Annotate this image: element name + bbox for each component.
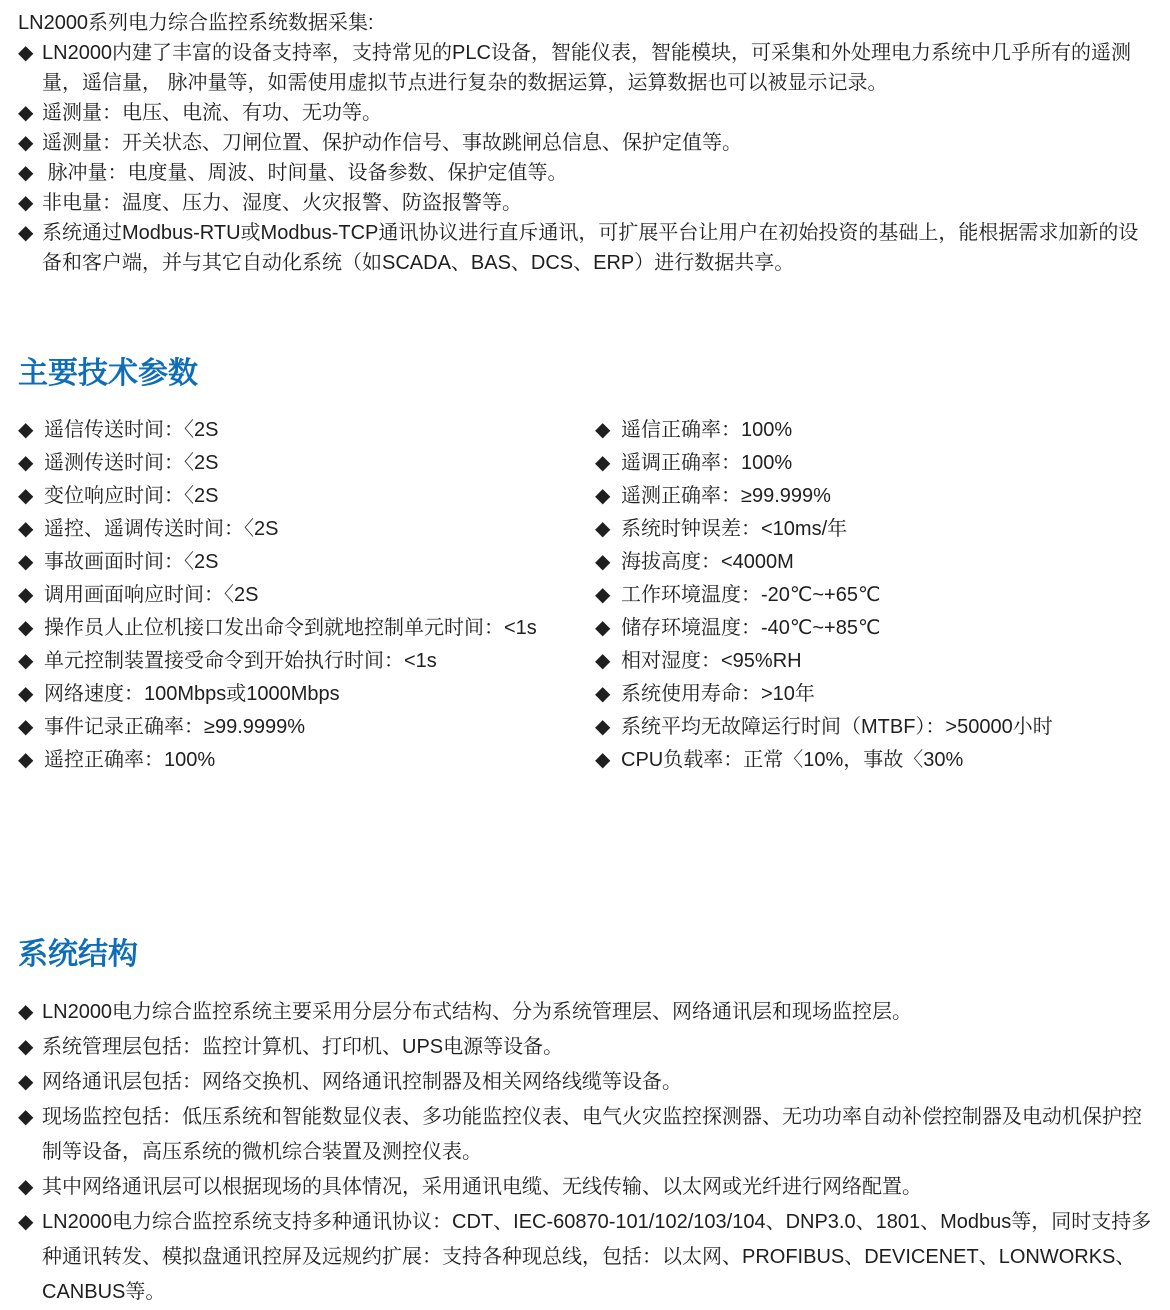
diamond-bullet-icon: ◆ [595,744,621,777]
param-item: ◆遥测正确率：≥99.999% [595,480,1156,513]
bullet-text: 现场监控包括：低压系统和智能数显仪表、多功能监控仪表、电气火灾监控探测器、无功功… [42,1100,1156,1170]
diamond-bullet-icon: ◆ [595,480,621,513]
tech-params-grid: ◆遥信传送时间：〈2S ◆遥测传送时间：〈2S ◆变位响应时间：〈2S ◆遥控、… [18,414,1156,777]
param-item: ◆系统平均无故障运行时间（MTBF）：>50000小时 [595,711,1156,744]
param-item: ◆网络速度：100Mbps或1000Mbps [18,678,595,711]
structure-bullet-network-config: ◆ 其中网络通讯层可以根据现场的具体情况，采用通讯电缆、无线传输、以太网或光纤进… [18,1170,1156,1205]
param-item: ◆遥信传送时间：〈2S [18,414,595,447]
system-structure-section: ◆ LN2000电力综合监控系统主要采用分层分布式结构、分为系统管理层、网络通讯… [18,995,1156,1310]
param-item: ◆遥信正确率：100% [595,414,1156,447]
diamond-bullet-icon: ◆ [595,678,621,711]
diamond-bullet-icon: ◆ [18,1100,42,1135]
param-item: ◆事故画面时间：〈2S [18,546,595,579]
data-acquisition-section: LN2000系列电力综合监控系统数据采集: ◆ LN2000内建了丰富的设备支持… [18,8,1156,278]
structure-bullet-protocols: ◆ LN2000电力综合监控系统支持多种通讯协议：CDT、IEC-60870-1… [18,1205,1156,1310]
bullet-text: 遥测量：电压、电流、有功、无功等。 [42,98,1156,128]
param-item: ◆系统使用寿命：>10年 [595,678,1156,711]
param-text: 系统使用寿命：>10年 [621,678,1156,711]
intro-bullet-device-support: ◆ LN2000内建了丰富的设备支持率，支持常见的PLC设备，智能仪表，智能模块… [18,38,1156,98]
param-item: ◆遥控正确率：100% [18,744,595,777]
bullet-text: LN2000电力综合监控系统支持多种通讯协议：CDT、IEC-60870-101… [42,1205,1156,1310]
param-text: 遥测正确率：≥99.999% [621,480,1156,513]
param-text: 网络速度：100Mbps或1000Mbps [44,678,595,711]
param-item: ◆调用画面响应时间：〈2S [18,579,595,612]
param-item: ◆单元控制装置接受命令到开始执行时间：<1s [18,645,595,678]
structure-bullet-field-monitoring: ◆ 现场监控包括：低压系统和智能数显仪表、多功能监控仪表、电气火灾监控探测器、无… [18,1100,1156,1170]
tech-params-heading: 主要技术参数 [18,356,1156,392]
diamond-bullet-icon: ◆ [18,128,42,158]
param-text: 变位响应时间：〈2S [44,480,595,513]
diamond-bullet-icon: ◆ [595,579,621,612]
param-text: 遥信正确率：100% [621,414,1156,447]
diamond-bullet-icon: ◆ [18,218,42,248]
diamond-bullet-icon: ◆ [18,711,44,744]
structure-bullet-layers: ◆ LN2000电力综合监控系统主要采用分层分布式结构、分为系统管理层、网络通讯… [18,995,1156,1030]
param-item: ◆遥测传送时间：〈2S [18,447,595,480]
param-item: ◆事件记录正确率：≥99.9999% [18,711,595,744]
param-text: 调用画面响应时间：〈2S [44,579,595,612]
diamond-bullet-icon: ◆ [18,188,42,218]
bullet-text: 遥测量：开关状态、刀闸位置、保护动作信号、事故跳闸总信息、保护定值等。 [42,128,1156,158]
param-text: 相对湿度：<95%RH [621,645,1156,678]
diamond-bullet-icon: ◆ [18,995,42,1030]
diamond-bullet-icon: ◆ [595,612,621,645]
bullet-text: 网络通讯层包括：网络交换机、网络通讯控制器及相关网络线缆等设备。 [42,1065,1156,1100]
param-text: 系统平均无故障运行时间（MTBF）：>50000小时 [621,711,1156,744]
diamond-bullet-icon: ◆ [595,711,621,744]
diamond-bullet-icon: ◆ [18,645,44,678]
param-text: 遥控、遥调传送时间：〈2S [44,513,595,546]
param-text: 工作环境温度：-20℃~+65℃ [621,579,1156,612]
param-text: 海拔高度：<4000M [621,546,1156,579]
diamond-bullet-icon: ◆ [18,414,44,447]
param-item: ◆相对湿度：<95%RH [595,645,1156,678]
tech-params-left-column: ◆遥信传送时间：〈2S ◆遥测传送时间：〈2S ◆变位响应时间：〈2S ◆遥控、… [18,414,595,777]
param-item: ◆遥调正确率：100% [595,447,1156,480]
param-text: 遥测传送时间：〈2S [44,447,595,480]
diamond-bullet-icon: ◆ [18,1205,42,1240]
diamond-bullet-icon: ◆ [18,579,44,612]
diamond-bullet-icon: ◆ [18,1030,42,1065]
diamond-bullet-icon: ◆ [18,612,44,645]
param-text: 系统时钟误差：<10ms/年 [621,513,1156,546]
bullet-text: LN2000电力综合监控系统主要采用分层分布式结构、分为系统管理层、网络通讯层和… [42,995,1156,1030]
diamond-bullet-icon: ◆ [18,1170,42,1205]
intro-bullet-telesignal: ◆ 遥测量：开关状态、刀闸位置、保护动作信号、事故跳闸总信息、保护定值等。 [18,128,1156,158]
intro-bullet-telemetry: ◆ 遥测量：电压、电流、有功、无功等。 [18,98,1156,128]
bullet-text: 其中网络通讯层可以根据现场的具体情况，采用通讯电缆、无线传输、以太网或光纤进行网… [42,1170,1156,1205]
param-item: ◆变位响应时间：〈2S [18,480,595,513]
intro-bullet-modbus: ◆ 系统通过Modbus-RTU或Modbus-TCP通讯协议进行直斥通讯，可扩… [18,218,1156,278]
intro-bullet-pulse: ◆ 脉冲量：电度量、周波、时间量、设备参数、保护定值等。 [18,158,1156,188]
param-item: ◆系统时钟误差：<10ms/年 [595,513,1156,546]
param-item: ◆储存环境温度：-40℃~+85℃ [595,612,1156,645]
param-item: ◆操作员人止位机接口发出命令到就地控制单元时间：<1s [18,612,595,645]
bullet-text: 非电量：温度、压力、湿度、火灾报警、防盗报警等。 [42,188,1156,218]
diamond-bullet-icon: ◆ [18,1065,42,1100]
diamond-bullet-icon: ◆ [18,480,44,513]
diamond-bullet-icon: ◆ [18,158,42,188]
system-structure-heading: 系统结构 [18,937,1156,973]
diamond-bullet-icon: ◆ [18,678,44,711]
diamond-bullet-icon: ◆ [595,447,621,480]
param-item: ◆海拔高度：<4000M [595,546,1156,579]
tech-params-right-column: ◆遥信正确率：100% ◆遥调正确率：100% ◆遥测正确率：≥99.999% … [595,414,1156,777]
param-text: 事件记录正确率：≥99.9999% [44,711,595,744]
diamond-bullet-icon: ◆ [18,447,44,480]
param-text: 储存环境温度：-40℃~+85℃ [621,612,1156,645]
param-text: 遥控正确率：100% [44,744,595,777]
structure-bullet-management-layer: ◆ 系统管理层包括：监控计算机、打印机、UPS电源等设备。 [18,1030,1156,1065]
intro-title: LN2000系列电力综合监控系统数据采集: [18,8,1156,38]
param-text: 遥调正确率：100% [621,447,1156,480]
param-text: 遥信传送时间：〈2S [44,414,595,447]
bullet-text: 系统通过Modbus-RTU或Modbus-TCP通讯协议进行直斥通讯，可扩展平… [42,218,1156,278]
param-item: ◆CPU负载率：正常〈10%，事故〈30% [595,744,1156,777]
intro-bullet-non-electric: ◆ 非电量：温度、压力、湿度、火灾报警、防盗报警等。 [18,188,1156,218]
bullet-text: LN2000内建了丰富的设备支持率，支持常见的PLC设备，智能仪表，智能模块，可… [42,38,1156,98]
param-text: 单元控制装置接受命令到开始执行时间：<1s [44,645,595,678]
diamond-bullet-icon: ◆ [595,513,621,546]
bullet-text: 脉冲量：电度量、周波、时间量、设备参数、保护定值等。 [42,158,1156,188]
diamond-bullet-icon: ◆ [18,513,44,546]
structure-bullet-network-layer: ◆ 网络通讯层包括：网络交换机、网络通讯控制器及相关网络线缆等设备。 [18,1065,1156,1100]
diamond-bullet-icon: ◆ [595,414,621,447]
param-item: ◆工作环境温度：-20℃~+65℃ [595,579,1156,612]
diamond-bullet-icon: ◆ [18,98,42,128]
param-text: CPU负载率：正常〈10%，事故〈30% [621,744,1156,777]
diamond-bullet-icon: ◆ [18,38,42,68]
param-text: 事故画面时间：〈2S [44,546,595,579]
document-page: LN2000系列电力综合监控系统数据采集: ◆ LN2000内建了丰富的设备支持… [0,0,1170,1310]
diamond-bullet-icon: ◆ [595,645,621,678]
diamond-bullet-icon: ◆ [18,546,44,579]
bullet-text: 系统管理层包括：监控计算机、打印机、UPS电源等设备。 [42,1030,1156,1065]
diamond-bullet-icon: ◆ [595,546,621,579]
diamond-bullet-icon: ◆ [18,744,44,777]
param-text: 操作员人止位机接口发出命令到就地控制单元时间：<1s [44,612,595,645]
param-item: ◆遥控、遥调传送时间：〈2S [18,513,595,546]
